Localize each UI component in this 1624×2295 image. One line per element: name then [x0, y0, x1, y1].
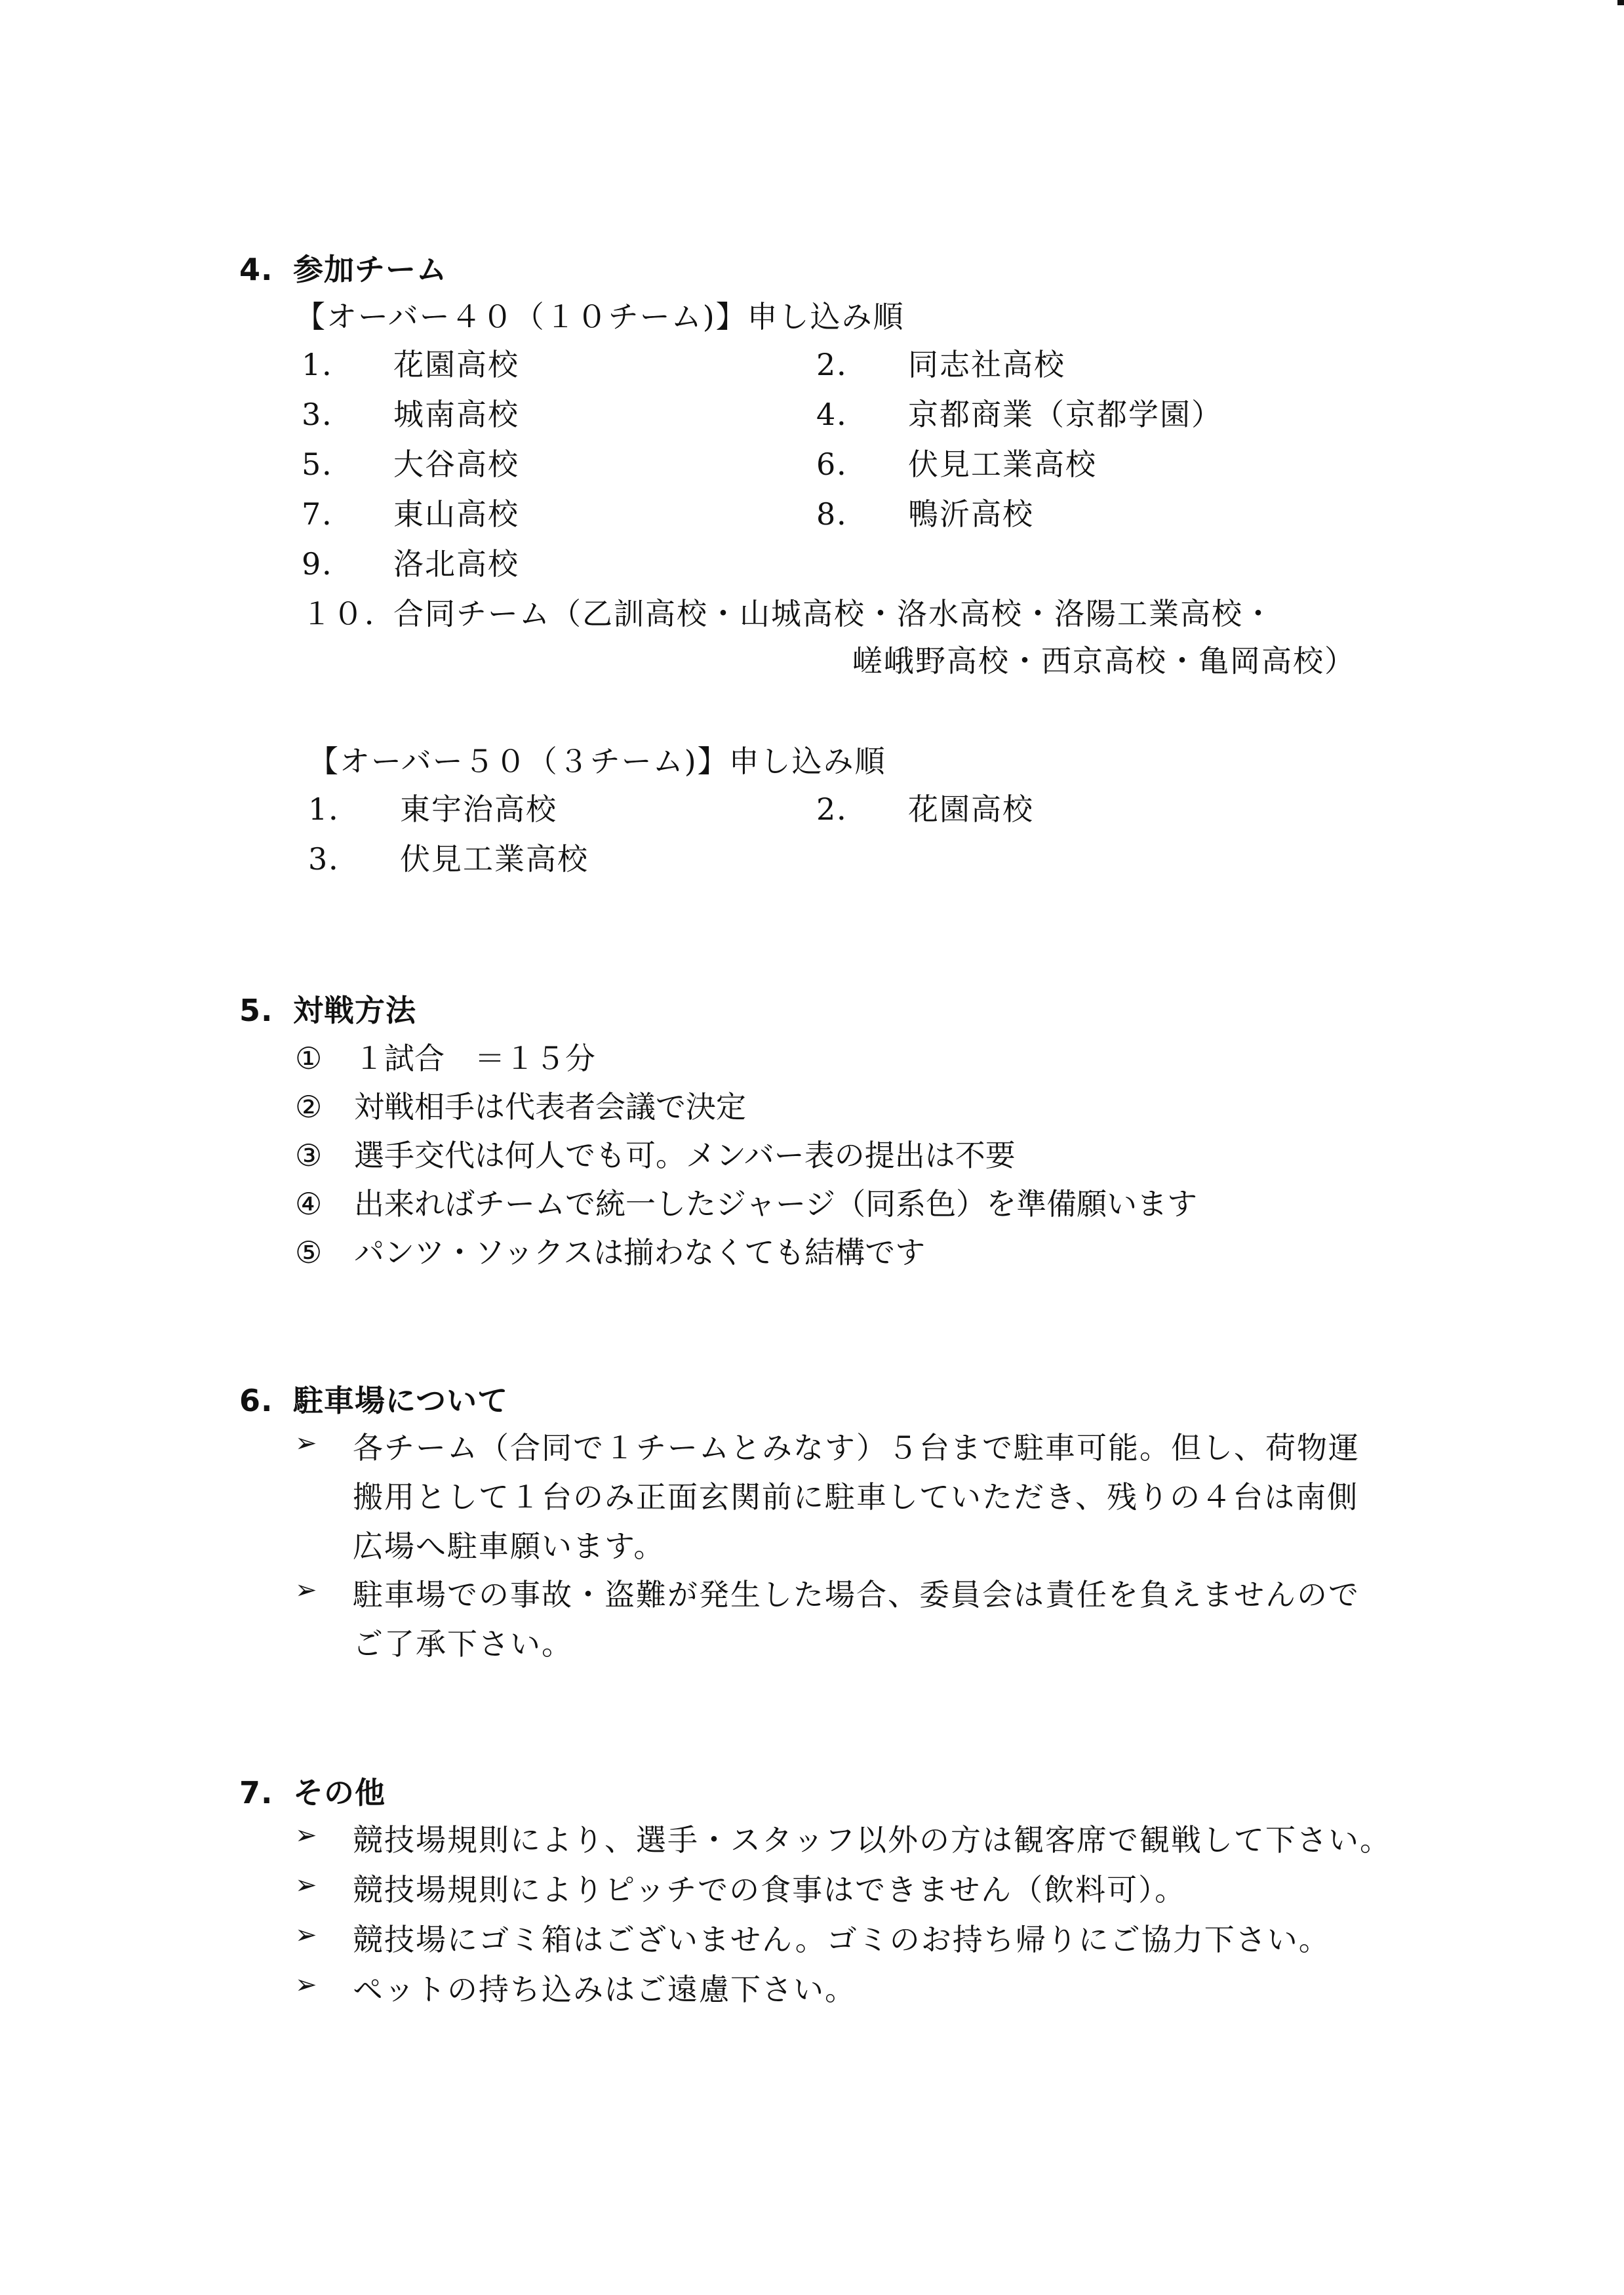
team-number: 3． [308, 835, 400, 879]
arrow-bullet-icon: ➢ [295, 1820, 317, 1850]
team-name: 東山高校 [393, 496, 519, 532]
rule-item: ①１試合 ＝１５分 [295, 1035, 595, 1078]
section-5-heading: 5.対戦方法 [239, 987, 416, 1030]
team-item: 3．城南高校 [302, 391, 519, 434]
circled-number-icon: ② [295, 1089, 354, 1125]
team-item: 1．東宇治高校 [308, 786, 557, 829]
team-number: 2． [816, 786, 908, 829]
team-number: 5． [302, 441, 393, 484]
circled-number-icon: ③ [295, 1138, 354, 1173]
team-name: 伏見工業高校 [908, 447, 1097, 482]
team-number: 7． [302, 490, 393, 534]
section-number: 7. [239, 1775, 293, 1810]
rule-text: 対戦相手は代表者会議で決定 [354, 1089, 746, 1125]
section-number: 6. [239, 1383, 293, 1418]
section-title: 駐車場について [293, 1383, 508, 1418]
other-rule-text: 競技場規則によりピッチでの食事はできません（飲料可）。 [353, 1866, 1186, 1909]
team-number: 4． [816, 391, 908, 434]
section-title: 参加チーム [293, 252, 447, 287]
over40-header: 【オーバー４０（１０チーム)】申し込み順 [295, 293, 905, 336]
team-name: 伏見工業高校 [400, 841, 589, 877]
arrow-bullet-icon: ➢ [295, 1970, 317, 2000]
team-number: 6． [816, 441, 908, 484]
section-title: その他 [293, 1775, 386, 1810]
team-item-joint: １０．合同チーム（乙訓高校・山城高校・洛水高校・洛陽工業高校・ [302, 590, 1275, 633]
rule-item: ③選手交代は何人でも可。メンバー表の提出は不要 [295, 1132, 1016, 1175]
team-item: 2．同志社高校 [816, 341, 1065, 384]
circled-number-icon: ① [295, 1041, 354, 1076]
team-number: 8． [816, 490, 908, 534]
team-item: 7．東山高校 [302, 490, 519, 534]
other-rule-text: 競技場規則により、選手・スタッフ以外の方は観客席で観戦して下さい。 [353, 1816, 1391, 1860]
team-name: 花園高校 [393, 347, 519, 382]
parking-text-line: 各チーム（合同で１チームとみなす）５台まで駐車可能。但し、荷物運 [353, 1424, 1360, 1467]
team-item: 6．伏見工業高校 [816, 441, 1097, 484]
team-item: 3．伏見工業高校 [308, 835, 589, 879]
rule-text: 出来ればチームで統一したジャージ（同系色）を準備願います [354, 1186, 1197, 1222]
team-item: 9．洛北高校 [302, 540, 519, 584]
section-title: 対戦方法 [293, 993, 416, 1028]
arrow-bullet-icon: ➢ [295, 1870, 317, 1900]
team-item: 5．大谷高校 [302, 441, 519, 484]
team-number: １０． [302, 590, 393, 633]
section-7-heading: 7.その他 [239, 1769, 386, 1812]
team-number: 9． [302, 540, 393, 584]
rule-text: パンツ・ソックスは揃わなくても結構です [354, 1235, 925, 1270]
section-number: 5. [239, 993, 293, 1028]
team-number: 2． [816, 341, 908, 384]
section-6-heading: 6.駐車場について [239, 1377, 508, 1420]
team-item-joint-continuation: 嵯峨野高校・西京高校・亀岡高校） [852, 637, 1356, 681]
team-number: 1． [308, 786, 400, 829]
team-number: 3． [302, 391, 393, 434]
parking-text-line: ご了承下さい。 [353, 1620, 573, 1664]
team-name: 花園高校 [908, 791, 1034, 827]
team-name: 鴨沂高校 [908, 496, 1034, 532]
arrow-bullet-icon: ➢ [295, 1428, 317, 1458]
other-rule-text: 競技場にゴミ箱はございません。ゴミのお持ち帰りにご協力下さい。 [353, 1916, 1330, 1959]
rule-item: ⑤パンツ・ソックスは揃わなくても結構です [295, 1229, 925, 1272]
parking-text-line: 搬用として１台のみ正面玄関前に駐車していただき、残りの４台は南側 [353, 1473, 1358, 1517]
team-item: 2．花園高校 [816, 786, 1034, 829]
team-name: 合同チーム（乙訓高校・山城高校・洛水高校・洛陽工業高校・ [393, 596, 1275, 631]
circled-number-icon: ④ [295, 1186, 354, 1222]
team-item: 8．鴨沂高校 [816, 490, 1034, 534]
section-4-heading: 4.参加チーム [239, 246, 447, 289]
arrow-bullet-icon: ➢ [295, 1920, 317, 1950]
circled-number-icon: ⑤ [295, 1235, 354, 1270]
team-item: 4．京都商業（京都学園） [816, 391, 1223, 434]
team-number: 1． [302, 341, 393, 384]
parking-text-line: 広場へ駐車願います。 [353, 1523, 665, 1566]
team-name: 城南高校 [393, 397, 519, 432]
team-item: 1．花園高校 [302, 341, 519, 384]
scan-corner-mark [1617, 0, 1624, 5]
arrow-bullet-icon: ➢ [295, 1575, 317, 1605]
other-rule-text: ペットの持ち込みはご遠慮下さい。 [353, 1966, 856, 2009]
team-name: 大谷高校 [393, 447, 519, 482]
team-name: 京都商業（京都学園） [908, 397, 1223, 432]
team-name: 東宇治高校 [400, 791, 557, 827]
section-number: 4. [239, 252, 293, 287]
rule-text: １試合 ＝１５分 [354, 1041, 595, 1076]
rule-item: ②対戦相手は代表者会議で決定 [295, 1083, 746, 1127]
team-name: 同志社高校 [908, 347, 1065, 382]
parking-text-line: 駐車場での事故・盗難が発生した場合、委員会は責任を負えませんので [353, 1571, 1360, 1614]
team-name: 洛北高校 [393, 546, 519, 582]
rule-text: 選手交代は何人でも可。メンバー表の提出は不要 [354, 1138, 1016, 1173]
over50-header: 【オーバー５０（３チーム)】申し込み順 [308, 738, 886, 781]
rule-item: ④出来ればチームで統一したジャージ（同系色）を準備願います [295, 1180, 1197, 1224]
